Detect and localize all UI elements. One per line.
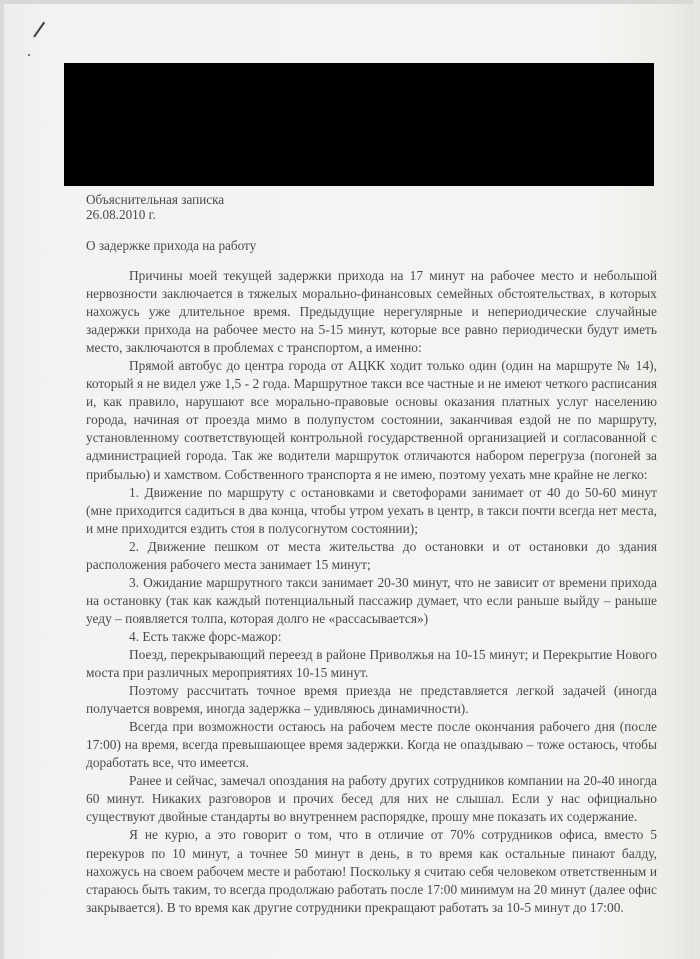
document-date: 26.08.2010 г. [86, 206, 156, 223]
pen-mark [33, 22, 45, 38]
list-item: 3. Ожидание маршрутного такси занимает 2… [86, 574, 657, 628]
paragraph: Прямой автобус до центра города от АЦКК … [86, 357, 657, 483]
list-item: 4. Есть также форс-мажор: [86, 628, 657, 646]
list-item: 1. Движение по маршруту с остановками и … [86, 484, 657, 538]
pen-dot [28, 54, 30, 56]
document-body: Причины моей текущей задержки прихода на… [86, 267, 657, 917]
paragraph: Поезд, перекрывающий переезд в районе Пр… [86, 646, 657, 682]
paragraph: Поэтому рассчитать точное время приезда … [86, 682, 657, 718]
document-subject: О задержке прихода на работу [86, 237, 256, 254]
paragraph: Причины моей текущей задержки прихода на… [86, 267, 657, 357]
page-edge [694, 0, 700, 959]
redacted-header [64, 63, 654, 186]
paragraph: Я не курю, а это говорит о том, что в от… [86, 826, 657, 916]
paragraph: Всегда при возможности остаюсь на рабоче… [86, 718, 657, 772]
list-item: 2. Движение пешком от места жительства д… [86, 538, 657, 574]
paragraph: Ранее и сейчас, замечал опоздания на раб… [86, 772, 657, 826]
